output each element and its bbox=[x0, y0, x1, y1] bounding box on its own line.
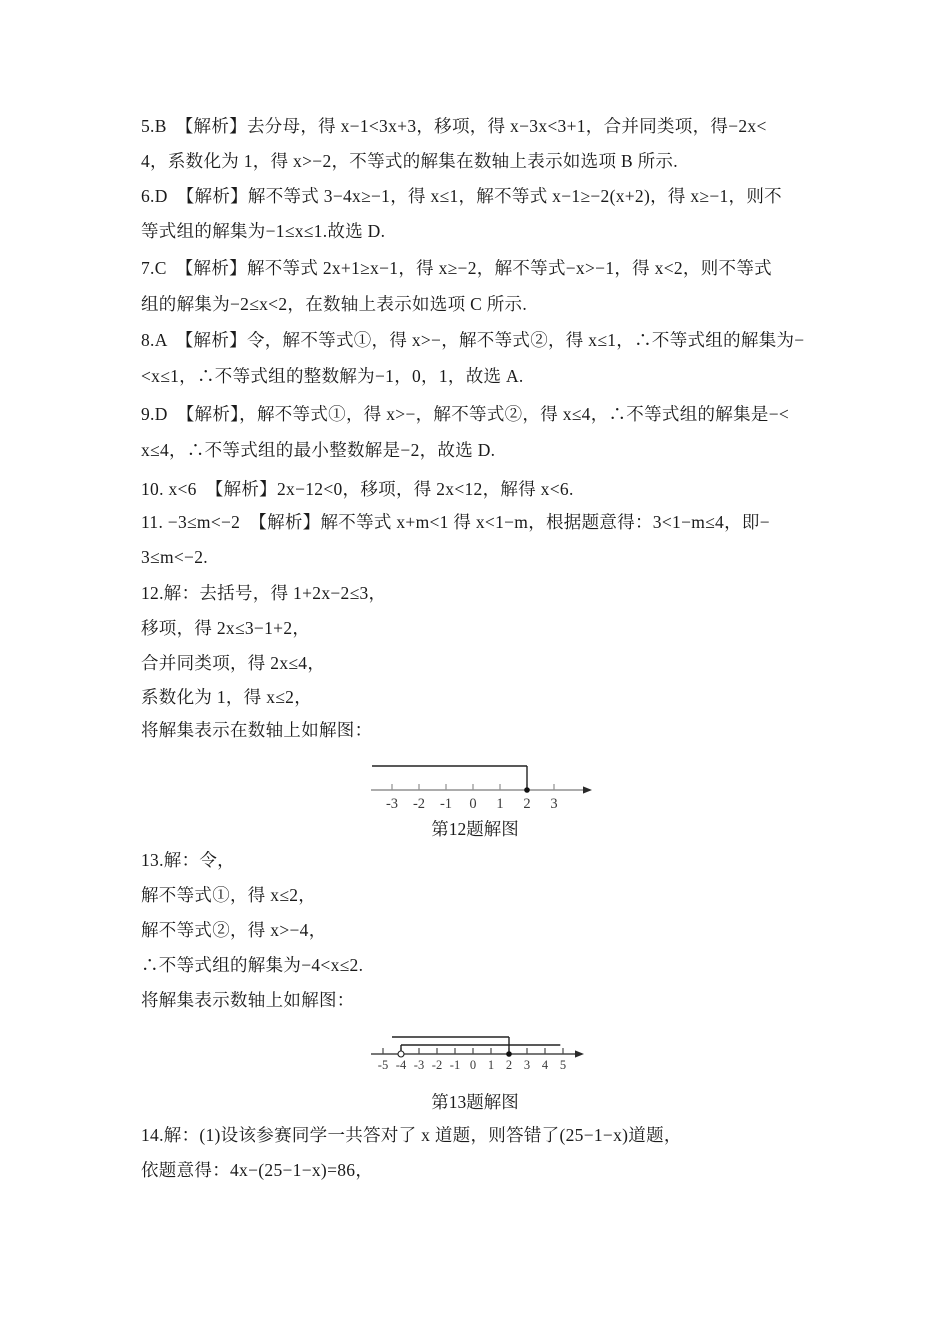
tick-label: -2 bbox=[432, 1058, 442, 1072]
tick-label: -3 bbox=[414, 1058, 424, 1072]
tick-label: 1 bbox=[488, 1058, 494, 1072]
tick-label: 0 bbox=[470, 1058, 476, 1072]
text-line: 解不等式②，得 x>−4， bbox=[141, 917, 327, 943]
text-line: 依题意得：4x−(25−1−x)=86， bbox=[141, 1157, 373, 1183]
tick-label: 0 bbox=[469, 796, 476, 812]
text-line: <x≤1，∴不等式组的整数解为−1，0，1，故选 A. bbox=[141, 363, 524, 389]
axis-arrow-icon bbox=[583, 786, 592, 793]
q13-numberline-figure: -5-4-3-2-1012345 bbox=[371, 1027, 587, 1085]
tick-label: -4 bbox=[396, 1058, 407, 1072]
text-line: 移项，得 2x≤3−1+2， bbox=[141, 615, 310, 641]
open-endpoint-marker bbox=[398, 1051, 404, 1057]
text-line: 系数化为 1，得 x≤2， bbox=[141, 684, 312, 710]
document-page: 5.B 【解析】去分母，得 x−1<3x+3，移项，得 x−3x<3+1，合并同… bbox=[0, 0, 950, 1344]
tick-label: -3 bbox=[386, 796, 398, 812]
tick-label: 2 bbox=[506, 1058, 512, 1072]
text-line: 6.D 【解析】解不等式 3−4x≥−1，得 x≤1，解不等式 x−1≥−2(x… bbox=[141, 183, 782, 209]
tick-label: -1 bbox=[450, 1058, 460, 1072]
tick-label: 3 bbox=[550, 796, 557, 812]
text-line: 13.解：令， bbox=[141, 847, 235, 873]
text-line: 合并同类项，得 2x≤4， bbox=[141, 650, 325, 676]
text-line: 14.解：(1)设该参赛同学一共答对了 x 道题，则答错了(25−1−x)道题， bbox=[141, 1122, 682, 1148]
text-line: 组的解集为−2≤x<2，在数轴上表示如选项 C 所示. bbox=[141, 291, 527, 317]
text-line: 7.C 【解析】解不等式 2x+1≥x−1，得 x≥−2，解不等式−x>−1，得… bbox=[141, 255, 772, 281]
tick-label: 5 bbox=[560, 1058, 566, 1072]
q12-numberline-figure: -3-2-10123 bbox=[371, 752, 595, 816]
tick-label: -2 bbox=[413, 796, 425, 812]
text-line: 12.解：去括号，得 1+2x−2≤3， bbox=[141, 580, 386, 606]
tick-label: -1 bbox=[440, 796, 452, 812]
text-line: x≤4，∴不等式组的最小整数解是−2，故选 D. bbox=[141, 437, 495, 463]
text-line: 3≤m<−2. bbox=[141, 544, 208, 570]
tick-label: 4 bbox=[542, 1058, 549, 1072]
tick-label: 3 bbox=[524, 1058, 530, 1072]
text-line: 8.A 【解析】令，解不等式①，得 x>−，解不等式②，得 x≤1，∴不等式组的… bbox=[141, 327, 804, 353]
text-line: 10. x<6 【解析】2x−12<0，移项，得 2x<12，解得 x<6. bbox=[141, 476, 574, 502]
text-line: 5.B 【解析】去分母，得 x−1<3x+3，移项，得 x−3x<3+1，合并同… bbox=[141, 113, 767, 139]
text-line: 将解集表示在数轴上如解图： bbox=[141, 717, 372, 743]
text-line: 将解集表示数轴上如解图： bbox=[141, 987, 355, 1013]
text-line: ∴不等式组的解集为−4<x≤2. bbox=[141, 952, 363, 978]
closed-endpoint-marker bbox=[506, 1051, 512, 1057]
axis-arrow-icon bbox=[575, 1050, 584, 1057]
text-line: 等式组的解集为−1≤x≤1.故选 D. bbox=[141, 218, 385, 244]
q12-figure-caption: 第12题解图 bbox=[0, 816, 950, 842]
tick-label: 2 bbox=[523, 796, 530, 812]
tick-label: -5 bbox=[378, 1058, 388, 1072]
text-line: 解不等式①，得 x≤2， bbox=[141, 882, 316, 908]
q13-figure-caption: 第13题解图 bbox=[0, 1089, 950, 1115]
tick-label: 1 bbox=[496, 796, 503, 812]
text-line: 11. −3≤m<−2 【解析】解不等式 x+m<1 得 x<1−m，根据题意得… bbox=[141, 509, 770, 535]
text-line: 4，系数化为 1，得 x>−2，不等式的解集在数轴上表示如选项 B 所示. bbox=[141, 148, 678, 174]
text-line: 9.D 【解析】，解不等式①，得 x>−，解不等式②，得 x≤4，∴不等式组的解… bbox=[141, 401, 789, 427]
closed-endpoint-marker bbox=[524, 787, 530, 793]
